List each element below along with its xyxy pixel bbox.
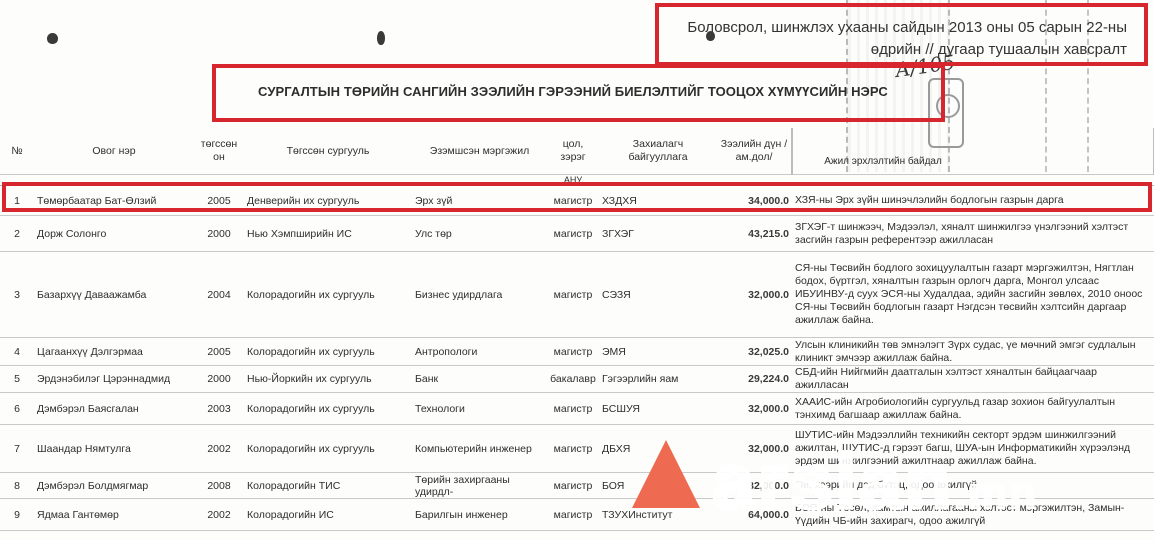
- cell-year: 2000: [194, 216, 244, 252]
- cell-major: Технологи: [412, 393, 547, 425]
- col-header-num: №: [0, 128, 34, 175]
- table-header-row: № Овог нэр төгссөн он Төгссөн сургууль Э…: [0, 128, 1154, 175]
- cell-amount: 29,224.0: [717, 366, 792, 393]
- cell-major: Антропологи: [412, 338, 547, 366]
- arslan-logo-triangle-icon: [632, 440, 700, 508]
- cell-school: Колорадогийн их сургууль: [244, 393, 412, 425]
- cell-year: 2005: [194, 338, 244, 366]
- cell-amount: 32,000.0: [717, 393, 792, 425]
- cell-name: Эрдэнэбилэг Цэрэннадмид: [34, 366, 194, 393]
- col-header-grad-year: төгссөн он: [194, 128, 244, 175]
- cell-num: 9: [0, 499, 34, 531]
- table-row: 5Эрдэнэбилэг Цэрэннадмид2000Нью-Йоркийн …: [0, 366, 1154, 393]
- cell-degree: магистр: [547, 499, 599, 531]
- cell-sponsor: СЭЗЯ: [599, 252, 717, 338]
- col-header-name: Овог нэр: [34, 128, 194, 175]
- watermark-logo: arslan.mn: [712, 446, 1038, 529]
- cell-amount: 32,000.0: [717, 252, 792, 338]
- cell-school: Колорадогийн их сургууль: [244, 338, 412, 366]
- document-title: СУРГАЛТЫН ТӨРИЙН САНГИЙН ЗЭЭЛИЙН ГЭРЭЭНИ…: [258, 84, 888, 99]
- cell-name: Дорж Солонго: [34, 216, 194, 252]
- cell-year: 2004: [194, 252, 244, 338]
- cell-amount: 32,025.0: [717, 338, 792, 366]
- cell-school: Денверийн их сургууль: [244, 186, 412, 216]
- cell-school: Колорадогийн ИС: [244, 499, 412, 531]
- cell-sponsor: Гэгээрлийн яам: [599, 366, 717, 393]
- cell-major: Эрх зүй: [412, 186, 547, 216]
- cell-name: Шаандар Нямтулга: [34, 425, 194, 473]
- cell-major: Барилгын инженер: [412, 499, 547, 531]
- cell-status: СЯ-ны Төсвийн бодлого зохицуулалтын газа…: [792, 252, 1154, 338]
- cell-num: 6: [0, 393, 34, 425]
- col-header-amount: Зээлийн дүн /ам.дол/: [717, 128, 792, 175]
- cell-major: Улс төр: [412, 216, 547, 252]
- table-row: 1Төмөрбаатар Бат-Өлзий2005Денверийн их с…: [0, 186, 1154, 216]
- cell-name: Дэмбэрэл Болдмягмар: [34, 473, 194, 499]
- cell-amount: 43,215.0: [717, 216, 792, 252]
- col-header-degree: цол, зэрэг: [547, 128, 599, 175]
- cell-degree: магистр: [547, 473, 599, 499]
- cell-year: 2008: [194, 473, 244, 499]
- cell-sponsor: ЭМЯ: [599, 338, 717, 366]
- cell-degree: магистр: [547, 252, 599, 338]
- decree-line-1: Боловсрол, шинжлэх ухааны сайдын 2013 он…: [672, 17, 1127, 39]
- cell-school: Нью Хэмпширийн ИС: [244, 216, 412, 252]
- cell-major: Банк: [412, 366, 547, 393]
- col-header-sponsor: Захиалагч байгууллага: [599, 128, 717, 175]
- group-row-usa: АНУ: [0, 175, 1154, 186]
- cell-num: 4: [0, 338, 34, 366]
- cell-major: Төрийн захиргааны удирдл-: [412, 473, 547, 499]
- decree-line-2: өдрийн // дугаар тушаалын хавсралт: [672, 39, 1127, 61]
- cell-amount: 34,000.0: [717, 186, 792, 216]
- cell-school: Колорадогийн ТИС: [244, 473, 412, 499]
- cell-year: 2002: [194, 425, 244, 473]
- cell-degree: магистр: [547, 393, 599, 425]
- cell-sponsor: ХЗДХЯ: [599, 186, 717, 216]
- cell-name: Төмөрбаатар Бат-Өлзий: [34, 186, 194, 216]
- col-header-major: Эзэмшсэн мэргэжил: [412, 128, 547, 175]
- cell-degree: магистр: [547, 216, 599, 252]
- cell-name: Цагаанхүү Дэлгэрмаа: [34, 338, 194, 366]
- group-label: АНУ: [547, 175, 599, 186]
- cell-degree: магистр: [547, 425, 599, 473]
- cell-degree: бакалавр: [547, 366, 599, 393]
- cell-year: 2003: [194, 393, 244, 425]
- col-header-school: Төгссөн сургууль: [244, 128, 412, 175]
- cell-num: 2: [0, 216, 34, 252]
- cell-major: Компьютерийн инженер: [412, 425, 547, 473]
- cell-sponsor: БСШУЯ: [599, 393, 717, 425]
- cell-status: ЗГХЭГ-т шинжээч, Мэдээлэл, хяналт шинжил…: [792, 216, 1154, 252]
- cell-degree: магистр: [547, 338, 599, 366]
- cell-name: Базархүү Даваажамба: [34, 252, 194, 338]
- cell-num: 3: [0, 252, 34, 338]
- cell-school: Колорадогийн их сургууль: [244, 252, 412, 338]
- cell-name: Ядмаа Гантөмөр: [34, 499, 194, 531]
- scan-speck: [377, 31, 385, 45]
- cell-year: 2002: [194, 499, 244, 531]
- cell-degree: магистр: [547, 186, 599, 216]
- cell-num: 7: [0, 425, 34, 473]
- cell-major: Бизнес удирдлага: [412, 252, 547, 338]
- cell-sponsor: ЗГХЭГ: [599, 216, 717, 252]
- cell-school: Колорадогийн их сургууль: [244, 425, 412, 473]
- cell-year: 2005: [194, 186, 244, 216]
- table-row: 4Цагаанхүү Дэлгэрмаа2005Колорадогийн их …: [0, 338, 1154, 366]
- cell-status: Улсын клиникийн төв эмнэлэгт Зүрх судас,…: [792, 338, 1154, 366]
- cell-name: Дэмбэрэл Баясгалан: [34, 393, 194, 425]
- cell-num: 1: [0, 186, 34, 216]
- cell-year: 2000: [194, 366, 244, 393]
- cell-num: 8: [0, 473, 34, 499]
- cell-school: Нью-Йоркийн их сургууль: [244, 366, 412, 393]
- col-header-status: Ажил эрхлэлтийн байдал: [792, 128, 1154, 175]
- table-row: 2Дорж Солонго2000Нью Хэмпширийн ИСУлс тө…: [0, 216, 1154, 252]
- cell-status: ХААИС-ийн Агробиологийн сургуульд газар …: [792, 393, 1154, 425]
- table-row: 6Дэмбэрэл Баясгалан2003Колорадогийн их с…: [0, 393, 1154, 425]
- scan-speck: [47, 33, 58, 44]
- cell-num: 5: [0, 366, 34, 393]
- table-row: 3Базархүү Даваажамба2004Колорадогийн их …: [0, 252, 1154, 338]
- cell-status: СБД-ийн Нийгмийн даатгалын хэлтэст хянал…: [792, 366, 1154, 393]
- decree-annotation: Боловсрол, шинжлэх ухааны сайдын 2013 он…: [672, 17, 1127, 61]
- cell-status: ХЗЯ-ны Эрх зүйн шинэчлэлийн бодлогын газ…: [792, 186, 1154, 216]
